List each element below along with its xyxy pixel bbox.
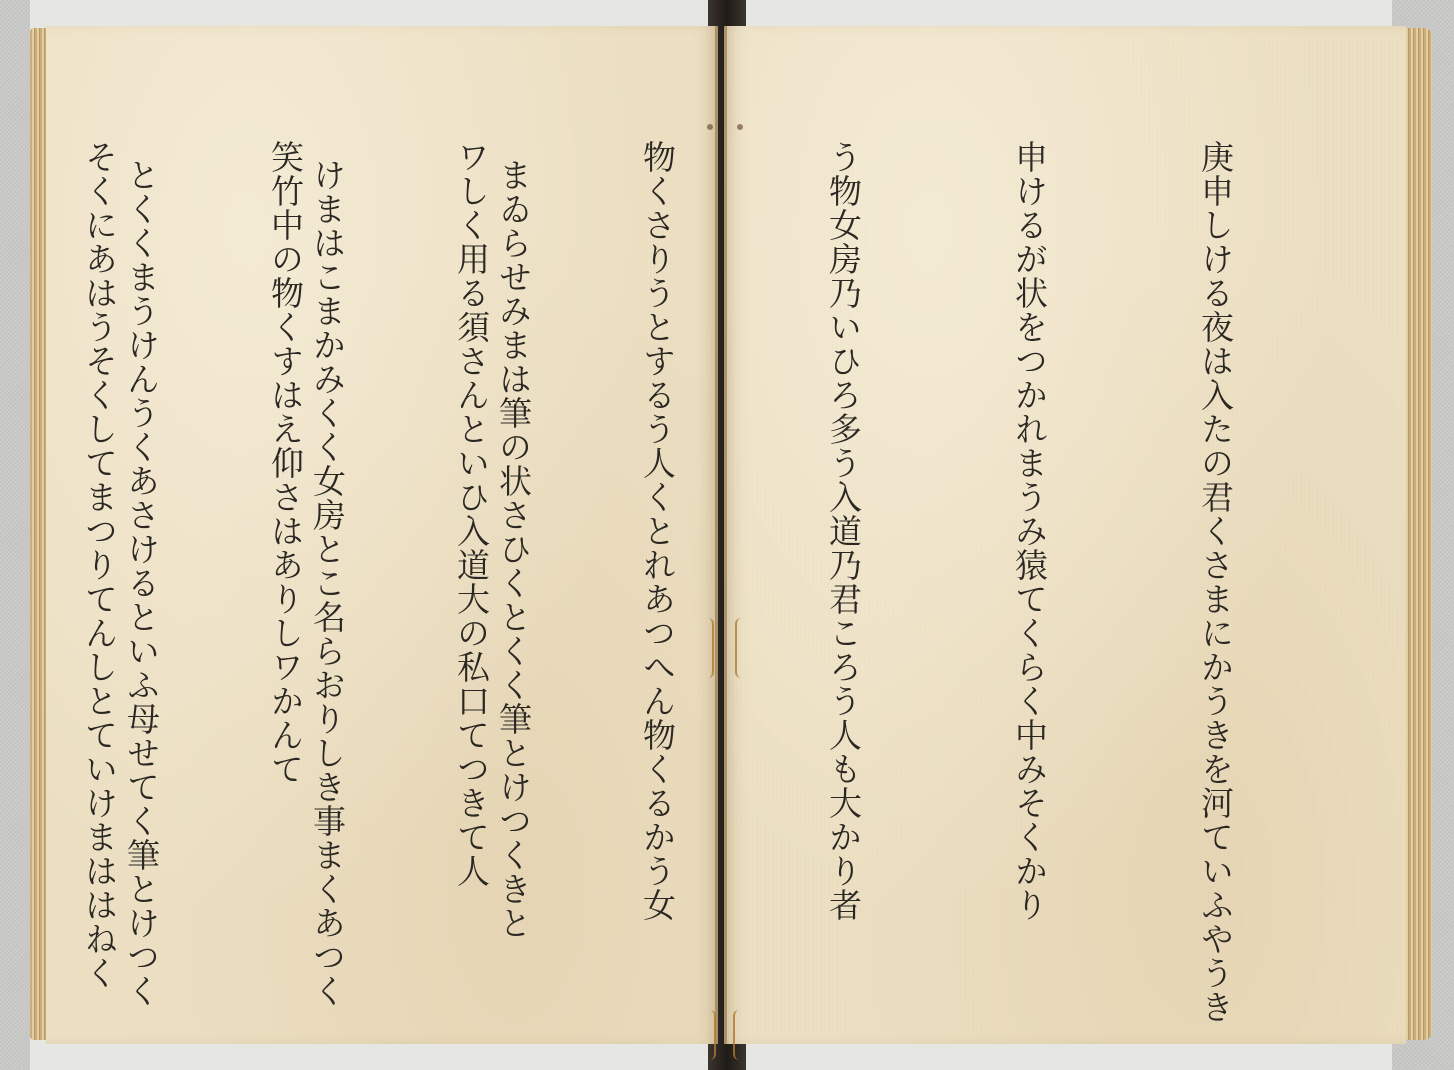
text-column: まゐらせみまは筆の状さひくとくく筆とけつくきと [482,158,544,1018]
right-page-text: 庚申しける夜は入たの君くさまにかうきを河ていふやうき 申けるが状をつかれまうみ猿… [770,140,1370,1000]
text-column: とくくまうけんうくあさけるといふ母せてく筆とけつく [110,158,172,1018]
binding-thread-mark [704,1010,716,1060]
wormhole-mark [737,124,743,130]
wormhole-mark [707,124,713,130]
left-page-text: まゐらせみまは筆の状さひくとくく筆とけつくきと けまはこまかみくく女房とこ名らお… [78,158,668,1018]
text-column: 庚申しける夜は入たの君くさまにかうきを河ていふやうき [1184,140,1246,1000]
text-column: う物女房乃いひろ多う入道乃君ころう人も大かり者 [812,140,874,1000]
text-column: けまはこまかみくく女房とこ名らおりしき事まくあつく [296,158,358,1018]
binding-thread-mark [733,1010,745,1060]
text-column: 申けるが状をつかれまうみ猿てくらく中みそくかり [998,140,1060,1000]
right-page-edges [1404,28,1432,1040]
